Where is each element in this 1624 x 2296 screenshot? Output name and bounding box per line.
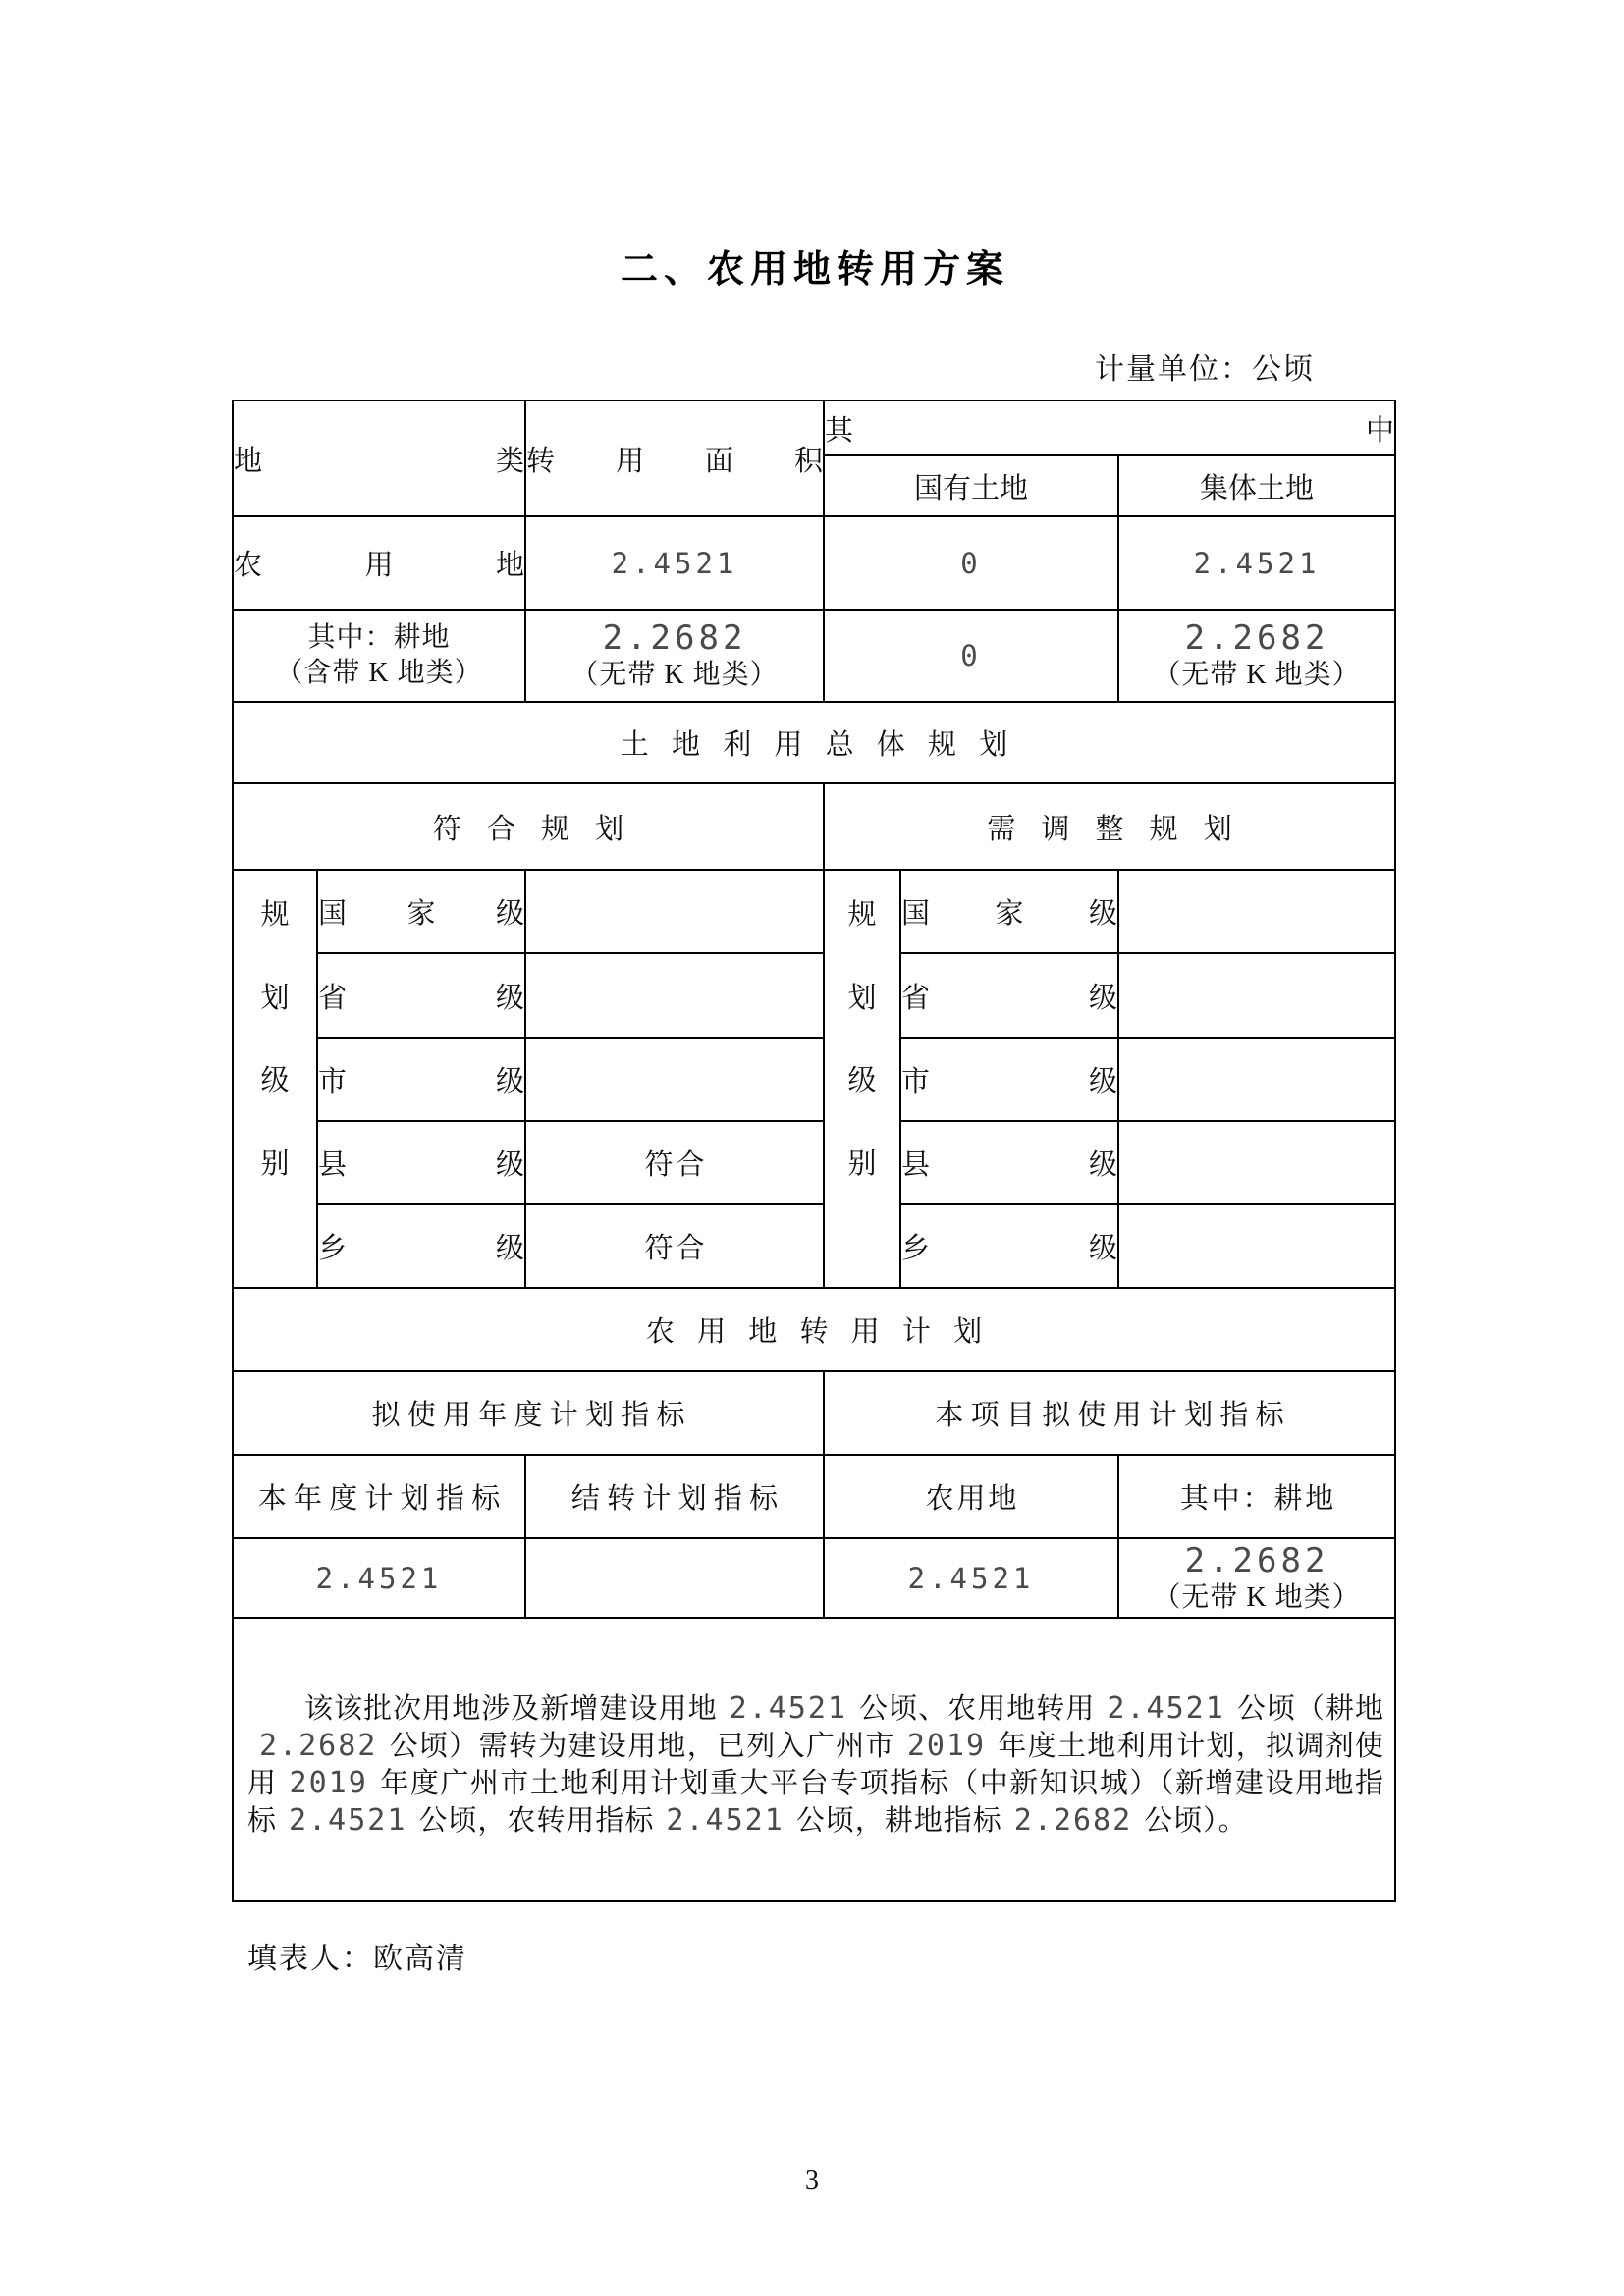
note-text-segment: 公顷（耕地: [1237, 1693, 1384, 1725]
header-of-which: 其中: [824, 400, 1395, 455]
adjust-value-county: [1118, 1121, 1395, 1203]
note-number: 2.4521: [289, 1803, 406, 1838]
note-number: 2.4521: [666, 1803, 784, 1838]
comply-value-township: 符合: [525, 1204, 824, 1288]
note-number: 2.2682: [259, 1729, 377, 1763]
header-state-owned: 国有土地: [824, 455, 1118, 516]
table-row: 该该批次用地涉及新增建设用地2.4521公顷、农用地转用2.4521公顷（耕地2…: [233, 1618, 1395, 1901]
level-label-province: 省级: [317, 953, 525, 1037]
plan-level-axis-left-stack: 规 划 级 别: [234, 871, 316, 1287]
plan-level-char: 划: [234, 954, 316, 1038]
level-label-city: 市级: [317, 1038, 525, 1121]
annual-value: 2.4521: [233, 1538, 525, 1618]
table-row: 规 划 级 别 国家级 规 划 级 别: [233, 870, 1395, 953]
unit-note: 计量单位：公顷: [1095, 345, 1315, 388]
note-number: 2.4521: [730, 1691, 847, 1726]
note-text-segment: 公顷）需转为建设用地，已列入广州市: [389, 1731, 894, 1762]
agricultural-state-owned: 0: [824, 516, 1118, 610]
note-number: 2019: [907, 1729, 986, 1763]
document-page: 二、农用地转用方案 计量单位：公顷 地类 转用面积 其中 国有土地 集体土地 农…: [0, 0, 1624, 2296]
note-paragraph: 该该批次用地涉及新增建设用地2.4521公顷、农用地转用2.4521公顷（耕地2…: [234, 1681, 1394, 1840]
level-label-township: 乡级: [317, 1204, 525, 1288]
cultivated-collective-note: （无带 K 地类）: [1119, 658, 1394, 693]
plan-level-char-empty: [825, 1203, 899, 1287]
table-row: 乡级 符合 乡级: [233, 1204, 1395, 1288]
column-agricultural: 农用地: [824, 1455, 1118, 1538]
plan-level-char-empty: [234, 1203, 316, 1287]
cultivated-collective-cell: 2.2682 （无带 K 地类）: [1118, 610, 1395, 702]
preparer-line: 填表人：欧高清: [247, 1934, 467, 1977]
header-collective: 集体土地: [1118, 455, 1395, 516]
overall-plan-title: 土地利用总体规划: [233, 702, 1395, 783]
project-indicator-header: 本项目拟使用计划指标: [824, 1371, 1395, 1455]
note-text-segment: 该该批次用地涉及新增建设用地: [304, 1693, 718, 1725]
annual-indicator-header: 拟使用年度计划指标: [233, 1371, 824, 1455]
note-text-segment: 公顷、农用地转用: [859, 1693, 1095, 1725]
adjust-header: 需调整规划: [824, 783, 1395, 870]
comply-value-national: [525, 870, 824, 953]
table-row: 县级 符合 县级: [233, 1121, 1395, 1203]
level-label-national: 国家级: [900, 870, 1118, 953]
level-label-township: 乡级: [900, 1204, 1118, 1288]
cultivated-conversion-area-cell: 2.2682 （无带 K 地类）: [525, 610, 824, 702]
agricultural-conversion-area: 2.4521: [525, 516, 824, 610]
note-number: 2019: [290, 1766, 368, 1800]
table-row: 符合规划 需调整规划: [233, 783, 1395, 870]
cultivated-plan-value: 2.2682: [1119, 1541, 1394, 1580]
plan-level-axis-right-stack: 规 划 级 别: [825, 871, 899, 1287]
cultivated-label-note: （含带 K 地类）: [234, 656, 524, 691]
land-conversion-table: 地类 转用面积 其中 国有土地 集体土地 农用地 2.4521 0 2.4521…: [232, 400, 1396, 1902]
adjust-value-city: [1118, 1038, 1395, 1121]
column-cultivated: 其中：耕地: [1118, 1455, 1395, 1538]
comply-value-county: 符合: [525, 1121, 824, 1203]
adjust-value-province: [1118, 953, 1395, 1037]
table-row: 地类 转用面积 其中: [233, 400, 1395, 455]
agricultural-label: 农用地: [233, 516, 525, 610]
table-row: 农用地 2.4521 0 2.4521: [233, 516, 1395, 610]
page-number: 3: [0, 2165, 1624, 2197]
conversion-plan-title: 农用地转用计划: [233, 1288, 1395, 1371]
note-cell: 该该批次用地涉及新增建设用地2.4521公顷、农用地转用2.4521公顷（耕地2…: [233, 1618, 1395, 1901]
level-label-county: 县级: [317, 1121, 525, 1203]
note-number: 2.4521: [1107, 1691, 1224, 1726]
cultivated-plan-value-note: （无带 K 地类）: [1119, 1580, 1394, 1616]
cultivated-label: 其中：耕地: [234, 620, 524, 656]
level-label-county: 县级: [900, 1121, 1118, 1203]
level-label-national: 国家级: [317, 870, 525, 953]
comply-value-city: [525, 1038, 824, 1121]
cultivated-conversion-area-note: （无带 K 地类）: [526, 658, 823, 693]
table-row: 省级 省级: [233, 953, 1395, 1037]
table-row: 2.4521 2.4521 2.2682 （无带 K 地类）: [233, 1538, 1395, 1618]
comply-header: 符合规划: [233, 783, 824, 870]
header-land-class: 地类: [233, 400, 525, 516]
level-label-province: 省级: [900, 953, 1118, 1037]
plan-level-char: 别: [825, 1120, 899, 1203]
plan-level-axis-left: 规 划 级 别: [233, 870, 317, 1288]
note-text-segment: 公顷，耕地指标: [796, 1805, 1002, 1837]
plan-level-char: 级: [825, 1038, 899, 1121]
carryover-value: [525, 1538, 824, 1618]
table-row: 土地利用总体规划: [233, 702, 1395, 783]
adjust-value-national: [1118, 870, 1395, 953]
cultivated-conversion-area: 2.2682: [526, 618, 823, 658]
note-number: 2.2682: [1014, 1803, 1132, 1838]
page-title: 二、农用地转用方案: [0, 239, 1624, 293]
note-text-segment: 公顷）。: [1144, 1805, 1248, 1837]
comply-value-province: [525, 953, 824, 1037]
plan-level-char: 划: [825, 954, 899, 1038]
plan-level-char: 级: [234, 1038, 316, 1121]
table-row: 其中：耕地 （含带 K 地类） 2.2682 （无带 K 地类） 0 2.268…: [233, 610, 1395, 702]
adjust-value-township: [1118, 1204, 1395, 1288]
header-conversion-area: 转用面积: [525, 400, 824, 516]
table-row: 农用地转用计划: [233, 1288, 1395, 1371]
cultivated-label-cell: 其中：耕地 （含带 K 地类）: [233, 610, 525, 702]
table-row: 市级 市级: [233, 1038, 1395, 1121]
table-row: 拟使用年度计划指标 本项目拟使用计划指标: [233, 1371, 1395, 1455]
cultivated-plan-value-cell: 2.2682 （无带 K 地类）: [1118, 1538, 1395, 1618]
agricultural-plan-value: 2.4521: [824, 1538, 1118, 1618]
plan-level-char: 规: [234, 871, 316, 954]
note-text-segment: 公顷，农转用指标: [418, 1805, 654, 1837]
cultivated-collective: 2.2682: [1119, 618, 1394, 658]
level-label-city: 市级: [900, 1038, 1118, 1121]
plan-level-char: 规: [825, 871, 899, 954]
plan-level-axis-right: 规 划 级 别: [824, 870, 900, 1288]
plan-level-char: 别: [234, 1120, 316, 1203]
table-row: 本年度计划指标 结转计划指标 农用地 其中：耕地: [233, 1455, 1395, 1538]
column-annual: 本年度计划指标: [233, 1455, 525, 1538]
column-carryover: 结转计划指标: [525, 1455, 824, 1538]
agricultural-collective: 2.4521: [1118, 516, 1395, 610]
cultivated-state-owned: 0: [824, 610, 1118, 702]
